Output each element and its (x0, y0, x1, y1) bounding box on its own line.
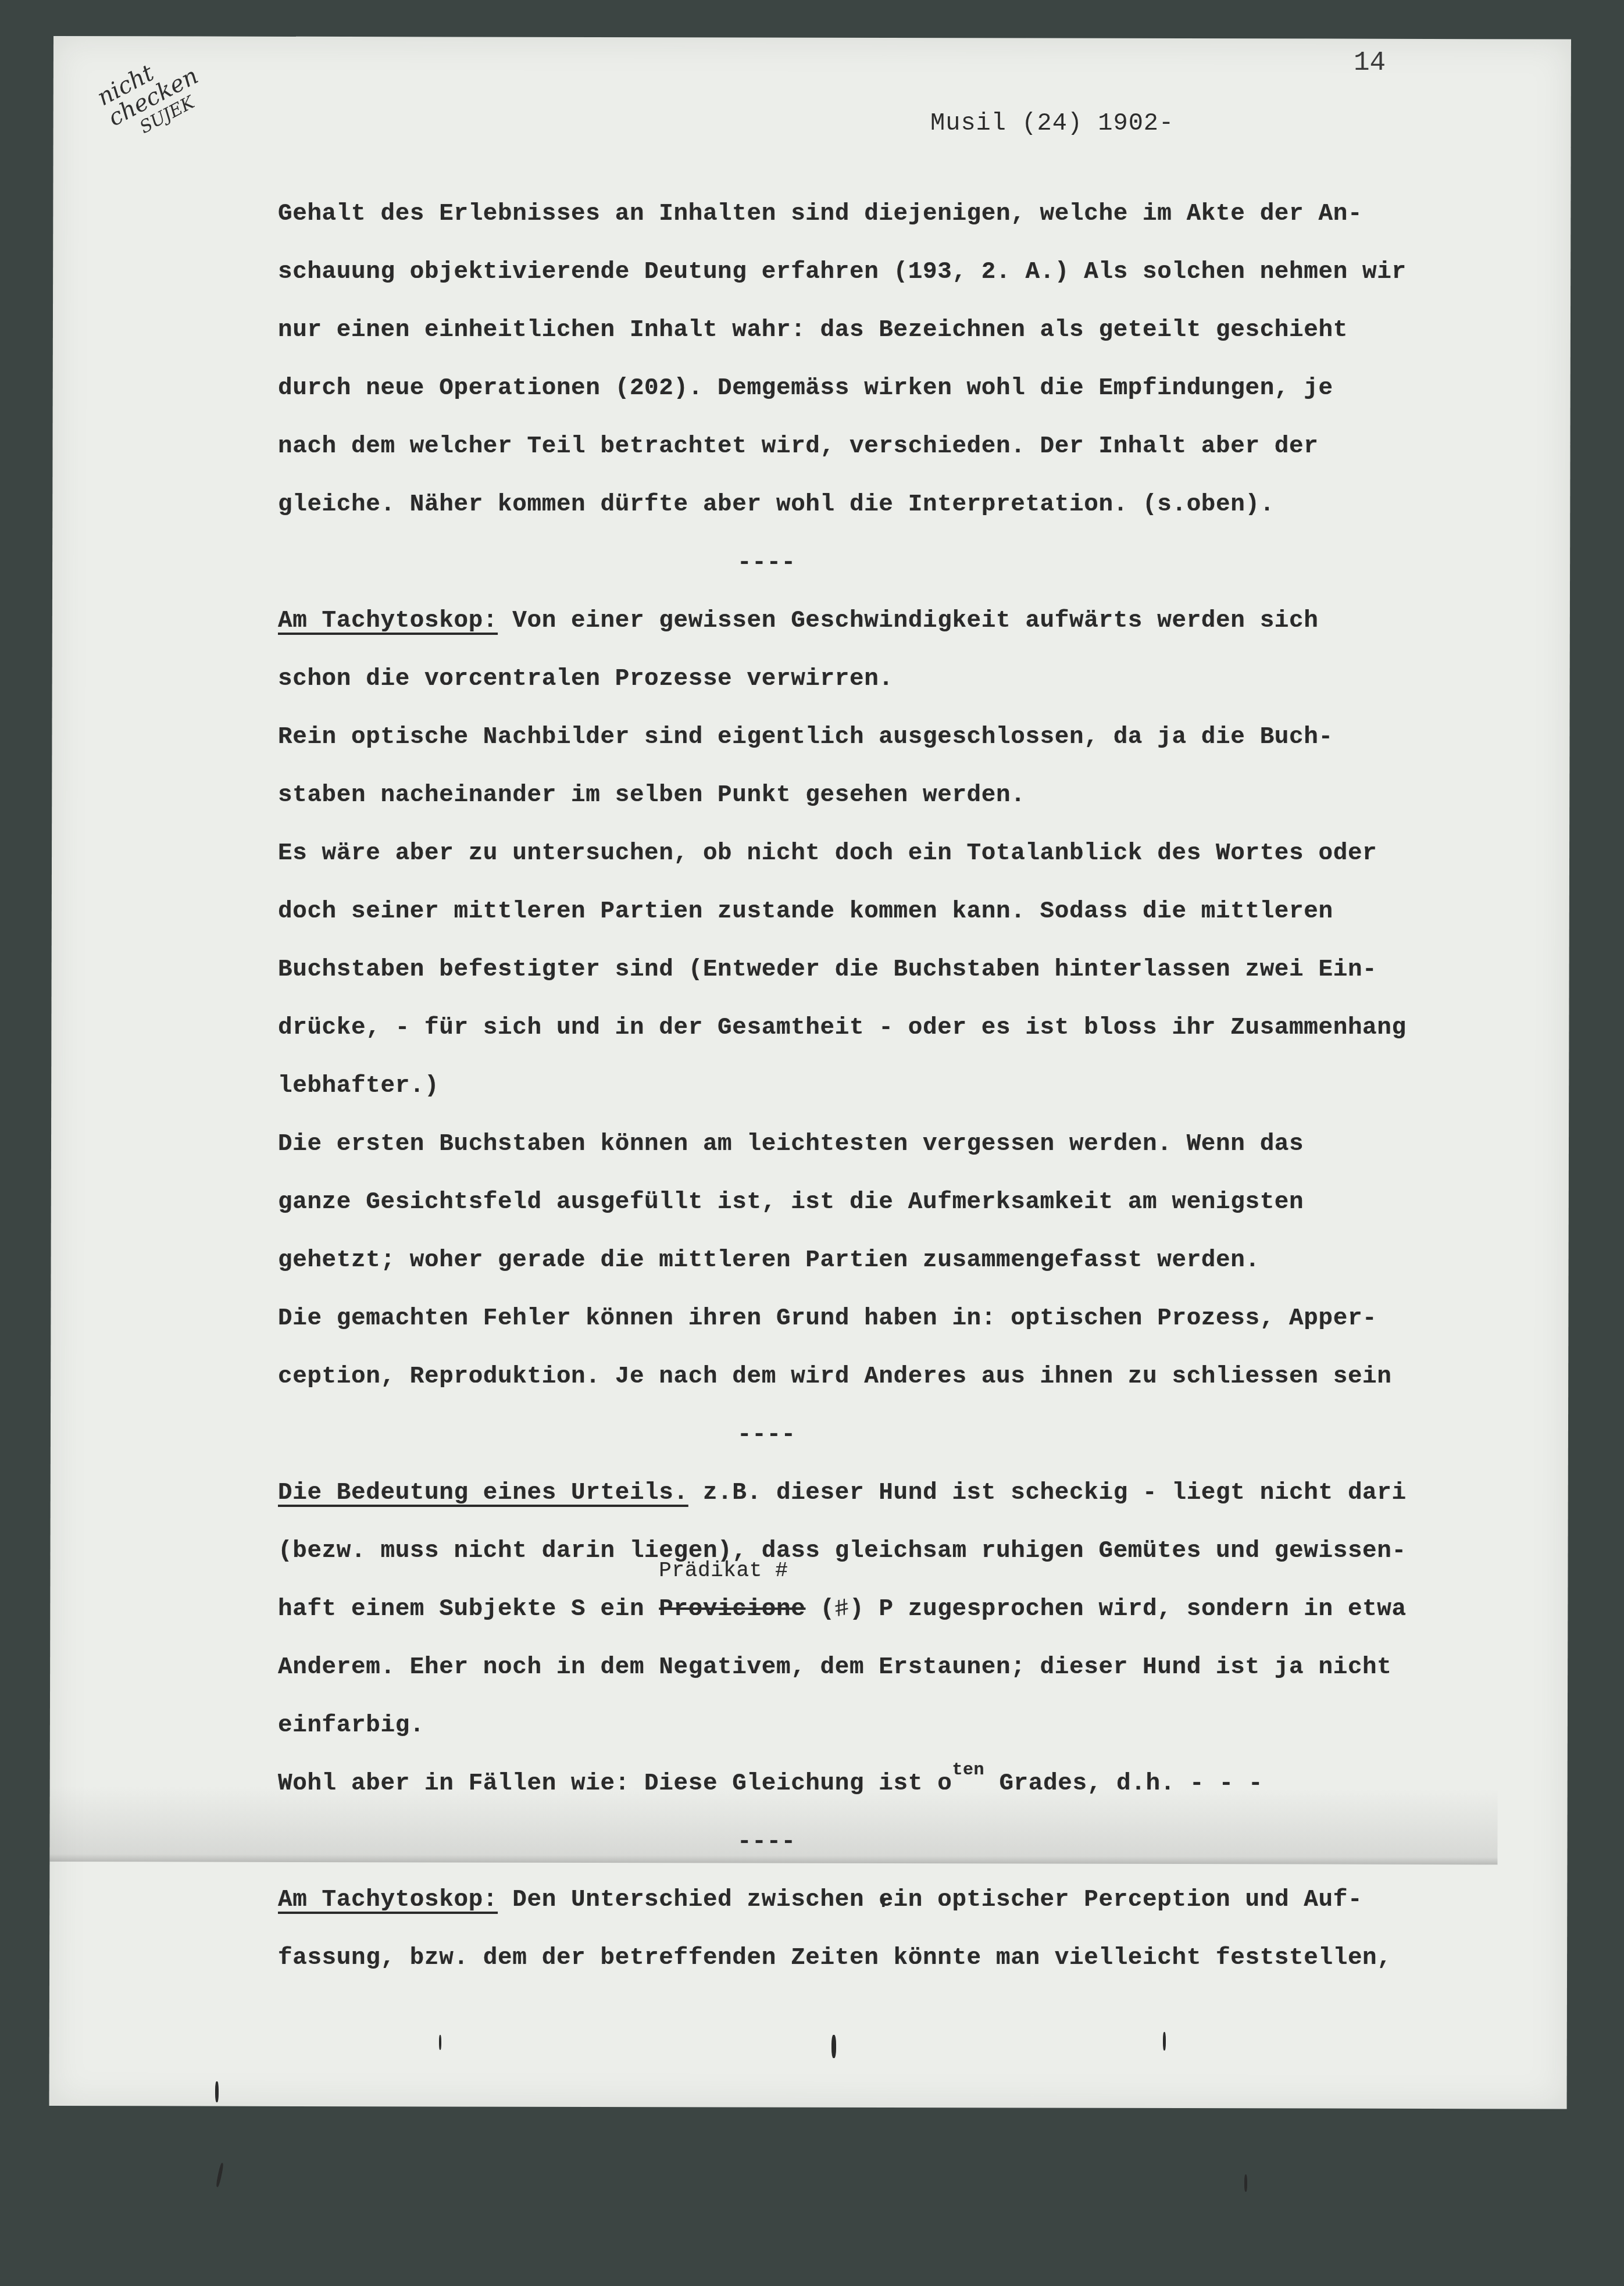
text-run: haft einem Subjekte S ein (278, 1596, 659, 1623)
paragraph-4: Am Tachytoskop: Den Unterschied zwischen… (278, 1871, 1511, 1987)
text-line: lebhafter.) (278, 1057, 1511, 1115)
section-separator: ---- (278, 1406, 1511, 1464)
text-line: durch neue Operationen (202). Demgemäss … (278, 359, 1511, 417)
superscript: ten (952, 1760, 984, 1780)
text-line: Die ersten Buchstaben können am leichtes… (278, 1115, 1511, 1173)
text-run: Grades, d.h. - - - (984, 1770, 1263, 1797)
page-number: 14 (1354, 48, 1386, 78)
text-line: schauung objektivierende Deutung erfahre… (278, 243, 1511, 301)
text-line: gehetzt; woher gerade die mittleren Part… (278, 1231, 1511, 1290)
text-line: Es wäre aber zu untersuchen, ob nicht do… (278, 824, 1511, 883)
text-line: (bezw. muss nicht darin liegen), dass gl… (278, 1522, 1511, 1580)
text-run: ein optischer Perception und Auf- (879, 1887, 1362, 1913)
text-run: Den Unterschied zwischen (498, 1887, 879, 1913)
paragraph-3: Die Bedeutung eines Urteils. z.B. dieser… (278, 1464, 1511, 1813)
text-run: z.B. dieser Hund ist scheckig - liegt ni… (688, 1480, 1407, 1506)
speck (1163, 2032, 1166, 2051)
text-line: drücke, - für sich und in der Gesamtheit… (278, 999, 1511, 1057)
struck-word: ProvicionePrädikat # (659, 1580, 805, 1638)
text-line: gleiche. Näher kommen dürfte aber wohl d… (278, 476, 1511, 534)
text-run: ) P zugesprochen wird, sondern in etwa (850, 1596, 1407, 1623)
text-line: nach dem welcher Teil betrachtet wird, v… (278, 417, 1511, 476)
text-line: Am Tachytoskop: Den Unterschied zwischen… (278, 1871, 1511, 1929)
text-line: haft einem Subjekte S ein ProvicionePräd… (278, 1580, 1511, 1638)
text-run: Wohl aber in Fällen wie: Diese Gleichung… (278, 1770, 952, 1797)
speck (1244, 2174, 1247, 2192)
text-line: Anderem. Eher noch in dem Negativem, dem… (278, 1638, 1511, 1696)
paragraph-2: Am Tachytoskop: Von einer gewissen Gesch… (278, 592, 1511, 1406)
text-line: Die gemachten Fehler können ihren Grund … (278, 1290, 1511, 1348)
text-run: ( (805, 1596, 834, 1623)
section-heading: Die Bedeutung eines Urteils. (278, 1480, 688, 1506)
text-line: staben nacheinander im selben Punkt gese… (278, 766, 1511, 824)
struck-text: Provicione (659, 1596, 805, 1623)
speck (439, 2035, 441, 2050)
text-line: Am Tachytoskop: Von einer gewissen Gesch… (278, 592, 1511, 650)
typed-correction: Prädikat # (659, 1560, 788, 1581)
text-line: Buchstaben befestigter sind (Entweder di… (278, 941, 1511, 999)
section-heading: Am Tachytoskop: (278, 1887, 498, 1913)
text-line: schon die vorcentralen Prozesse verwirre… (278, 650, 1511, 708)
text-line: Rein optische Nachbilder sind eigentlich… (278, 708, 1511, 766)
text-line: ception, Reproduktion. Je nach dem wird … (278, 1348, 1511, 1406)
text-line: ganze Gesichtsfeld ausgefüllt ist, ist d… (278, 1173, 1511, 1231)
running-head: Musil (24) 1902- (930, 109, 1174, 137)
text-line: Gehalt des Erlebnisses an Inhalten sind … (278, 185, 1511, 243)
body-text: Gehalt des Erlebnisses an Inhalten sind … (278, 185, 1511, 1987)
section-heading: Am Tachytoskop: (278, 608, 498, 634)
insert-caret: r (880, 1894, 891, 1912)
text-line: einfarbig. (278, 1696, 1511, 1755)
text-line: nur einen einheitlichen Inhalt wahr: das… (278, 301, 1511, 359)
section-separator: ---- (278, 534, 1511, 592)
text-line: Wohl aber in Fällen wie: Diese Gleichung… (278, 1755, 1511, 1813)
paragraph-1: Gehalt des Erlebnisses an Inhalten sind … (278, 185, 1511, 534)
text-line: fassung, bzw. dem der betreffenden Zeite… (278, 1929, 1511, 1987)
speck (215, 2081, 219, 2102)
text-run: Von einer gewissen Geschwindigkeit aufwä… (498, 608, 1318, 634)
speck (831, 2035, 836, 2058)
text-line: Die Bedeutung eines Urteils. z.B. dieser… (278, 1464, 1511, 1522)
section-separator: ---- (278, 1813, 1511, 1871)
text-line: doch seiner mittleren Partien zustande k… (278, 883, 1511, 941)
